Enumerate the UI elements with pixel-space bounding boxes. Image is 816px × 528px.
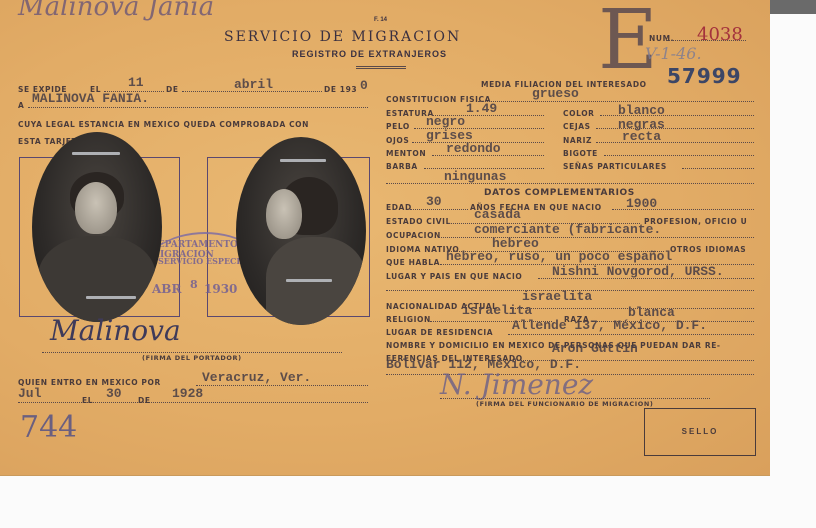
otros-idiomas-value: hebreo, ruso, un poco español <box>446 249 672 264</box>
pelo-value: negro <box>426 114 465 129</box>
estado-civil-value: casada <box>474 207 521 222</box>
ocupacion-label: OCUPACION <box>386 231 441 240</box>
holder-name: MALINOVA FANIA. <box>32 91 149 106</box>
barba-label: BARBA <box>386 162 418 171</box>
num-label: NUM. <box>649 34 674 43</box>
nariz-dots <box>596 142 754 143</box>
entry-month: Jul <box>18 386 41 401</box>
stamp-day: 8 <box>190 278 198 291</box>
entry-de-label: DE <box>138 396 151 405</box>
lugar-nacimiento-value: Nishni Novgorod, URSS. <box>552 264 724 279</box>
pelo-label: PELO <box>386 122 410 131</box>
nariz-value: recta <box>622 129 661 144</box>
nariz-label: NARIZ <box>563 136 592 145</box>
edad-value: 30 <box>426 194 442 209</box>
estado-civil-label: ESTADO CIVIL <box>386 217 451 226</box>
entry-year: 1928 <box>172 386 203 401</box>
sello-label: SELLO <box>645 427 755 436</box>
ocupacion-dots <box>438 237 754 238</box>
color-value: blanco <box>618 103 665 118</box>
senas-dots <box>682 168 754 169</box>
edad-label: EDAD <box>386 203 412 212</box>
signature-dots <box>42 352 342 353</box>
photo-profile <box>236 137 366 325</box>
holder-signature: Malinova <box>50 314 181 347</box>
staple-icon <box>72 152 120 155</box>
handwritten-date: V-1-46. <box>645 44 702 63</box>
photo-face <box>75 182 117 234</box>
handwritten-header-name: Malinova Jania <box>18 0 214 22</box>
sello-box: SELLO <box>644 408 756 456</box>
staple-icon <box>286 279 332 282</box>
nacionalidad-value: israelita <box>522 289 592 304</box>
issue-day: 11 <box>128 75 144 90</box>
constitucion-dots <box>478 101 754 102</box>
entry-day: 30 <box>106 386 122 401</box>
photo-body <box>38 236 156 322</box>
edad-dots <box>410 209 468 210</box>
residencia-label: LUGAR DE RESIDENCIA <box>386 328 493 337</box>
issue-year-digit: 0 <box>360 78 368 93</box>
de-label: DE <box>166 85 179 94</box>
ocupacion-value: comerciante (fabricante. <box>474 222 661 237</box>
menton-label: MENTON <box>386 149 426 158</box>
estatura-value: 1.49 <box>466 101 497 116</box>
immigration-registration-card: Malinova Jania F. 14 SERVICIO DE MIGRACI… <box>0 0 770 476</box>
staple-icon <box>86 296 136 299</box>
year-label: DE 193 <box>324 85 357 94</box>
photo-face <box>266 189 302 239</box>
entry-date-dots <box>18 402 368 403</box>
port-dots <box>196 385 368 386</box>
residencia-dots <box>508 334 754 335</box>
que-habla-label: QUE HABLA <box>386 258 440 267</box>
senas-dots-2 <box>386 183 754 184</box>
nacimiento-value: 1900 <box>626 196 657 211</box>
religion-label: RELIGION <box>386 315 431 324</box>
name-dots <box>28 107 368 108</box>
residencia-value: Allende 137, México, D.F. <box>512 318 707 333</box>
stamp-month: ABR <box>152 282 181 296</box>
official-signature-label: (FIRMA DEL FUNCIONARIO DE MIGRACION) <box>476 400 653 408</box>
scan-edge <box>770 0 816 14</box>
senas-label: SEÑAS PARTICULARES <box>563 162 667 171</box>
cejas-label: CEJAS <box>563 122 591 131</box>
staple-icon <box>280 159 326 162</box>
legal-text-1: CUYA LEGAL ESTANCIA EN MEXICO QUEDA COMP… <box>18 120 309 129</box>
handwritten-number: 744 <box>20 410 77 445</box>
form-number: F. 14 <box>374 17 387 23</box>
holder-signature-label: (FIRMA DEL PORTADOR) <box>142 354 242 362</box>
document-subtitle: REGISTRO DE EXTRANJEROS <box>292 49 447 59</box>
ojos-label: OJOS <box>386 136 409 145</box>
bigote-label: BIGOTE <box>563 149 598 158</box>
datos-heading: DATOS COMPLEMENTARIOS <box>484 188 635 198</box>
title-rule <box>356 66 406 69</box>
registration-number: 57999 <box>667 64 742 88</box>
photo-front <box>32 132 162 322</box>
lugar-nacimiento-label: LUGAR Y PAIS EN QUE NACIO <box>386 272 522 281</box>
entry-port: Veracruz, Ver. <box>202 370 311 385</box>
referencia-nombre: Aron Guttin <box>552 341 638 356</box>
bigote-dots <box>604 155 754 156</box>
official-signature-dots <box>440 398 710 399</box>
a-label: A <box>18 101 24 110</box>
stamp-year: 1930 <box>204 282 237 296</box>
constitucion-value: grueso <box>532 86 579 101</box>
otros-idiomas-label: OTROS IDIOMAS <box>670 245 746 254</box>
document-title: SERVICIO DE MIGRACION <box>224 29 461 45</box>
senas-value: ningunas <box>444 169 506 184</box>
religion-value: israelita <box>462 303 532 318</box>
card-number: 4038 <box>697 24 743 45</box>
issue-month: abril <box>234 77 273 92</box>
official-signature: N. Jimenez <box>440 368 593 401</box>
color-label: COLOR <box>563 109 595 118</box>
menton-value: redondo <box>446 141 501 156</box>
entry-el-label: EL <box>82 396 93 405</box>
